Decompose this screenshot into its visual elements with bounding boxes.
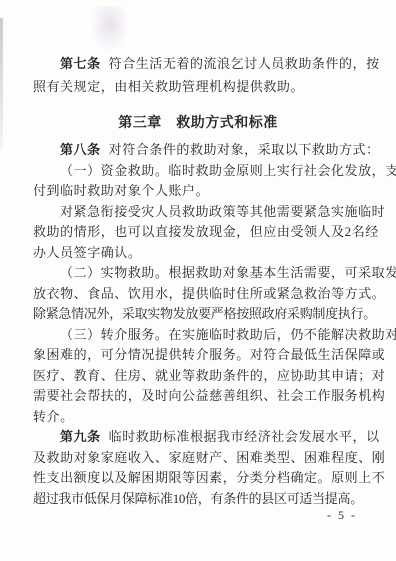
text-line: 办人员签字确认。 bbox=[33, 243, 363, 264]
line-text: 医疗、教育、住房、就业等救助条件的，应协助其申请；对 bbox=[33, 368, 385, 383]
line-text: 转介。 bbox=[33, 409, 74, 424]
article-number: 第八条 bbox=[60, 142, 101, 157]
line-text: 及救助对象家庭收入、家庭财产、困难类型、困难程度、刚 bbox=[33, 450, 385, 465]
text-line: 对紧急衔接受灾人员救助政策等其他需要紧急实施临时 bbox=[33, 202, 363, 223]
line-text: 超过我市低保月保障标准10倍，有条件的县区可适当提高。 bbox=[33, 491, 363, 506]
line-text: （一）资金救助。临时救助金原则上实行社会化发放，支 bbox=[60, 163, 396, 178]
text-line: （二）实物救助。根据救助对象基本生活需要，可采取发 bbox=[33, 263, 363, 284]
text-line: 及救助对象家庭收入、家庭财产、困难类型、困难程度、刚 bbox=[33, 448, 363, 469]
document-page: 第七条符合生活无着的流浪乞讨人员救助条件的，按 照有关规定，由相关救助管理机构提… bbox=[0, 0, 396, 561]
line-text: 象困难的，可分情况提供转介服务。对符合最低生活保障或 bbox=[33, 347, 385, 362]
line-text: 对符合条件的救助对象，采取以下救助方式： bbox=[109, 142, 380, 157]
line-text: 救助的情形，也可以直接发放现金，但应由受领人及2名经 bbox=[33, 224, 379, 239]
line-text: 付到临时救助对象个人账户。 bbox=[33, 183, 209, 198]
article-number: 第七条 bbox=[60, 56, 101, 71]
line-text: 照有关规定，由相关救助管理机构提供救助。 bbox=[33, 79, 304, 94]
document-body: 第八条对符合条件的救助对象，采取以下救助方式： （一）资金救助。临时救助金原则上… bbox=[33, 140, 363, 509]
text-line: 需要社会帮扶的，及时向公益慈善组织、社会工作服务机构 bbox=[33, 386, 363, 407]
text-line: 第七条符合生活无着的流浪乞讨人员救助条件的，按 bbox=[33, 52, 363, 75]
text-line: 除紧急情况外，采取实物发放要严格按照政府采购制度执行。 bbox=[33, 304, 363, 325]
text-line: 超过我市低保月保障标准10倍，有条件的县区可适当提高。 bbox=[33, 489, 363, 510]
line-text: （三）转介服务。在实施临时救助后，仍不能解决救助对 bbox=[60, 327, 396, 342]
text-line: 医疗、教育、住房、就业等救助条件的，应协助其申请；对 bbox=[33, 366, 363, 387]
text-line: 照有关规定，由相关救助管理机构提供救助。 bbox=[33, 75, 363, 98]
line-text: 对紧急衔接受灾人员救助政策等其他需要紧急实施临时 bbox=[60, 204, 385, 219]
text-line: 象困难的，可分情况提供转介服务。对符合最低生活保障或 bbox=[33, 345, 363, 366]
paragraph-article-7: 第七条符合生活无着的流浪乞讨人员救助条件的，按 照有关规定，由相关救助管理机构提… bbox=[33, 52, 363, 98]
line-text: 放衣物、食品、饮用水，提供临时住所或紧急救治等方式。 bbox=[33, 286, 385, 301]
chapter-heading: 第三章 救助方式和标准 bbox=[33, 112, 363, 132]
line-text: 性支出额度以及解困期限等因素，分类分档确定。原则上不 bbox=[33, 470, 385, 485]
line-text: （二）实物救助。根据救助对象基本生活需要，可采取发 bbox=[60, 265, 396, 280]
page-number: - 5 - bbox=[327, 508, 357, 523]
text-line: 第八条对符合条件的救助对象，采取以下救助方式： bbox=[33, 140, 363, 161]
text-line: 付到临时救助对象个人账户。 bbox=[33, 181, 363, 202]
scan-edge-artifact bbox=[0, 18, 3, 148]
line-text: 临时救助标准根据我市经济社会发展水平，以 bbox=[109, 429, 380, 444]
text-line: （三）转介服务。在实施临时救助后，仍不能解决救助对 bbox=[33, 325, 363, 346]
text-line: 性支出额度以及解困期限等因素，分类分档确定。原则上不 bbox=[33, 468, 363, 489]
article-number: 第九条 bbox=[60, 429, 101, 444]
text-line: 第九条临时救助标准根据我市经济社会发展水平，以 bbox=[33, 427, 363, 448]
text-line: 放衣物、食品、饮用水，提供临时住所或紧急救治等方式。 bbox=[33, 284, 363, 305]
line-text: 需要社会帮扶的，及时向公益慈善组织、社会工作服务机构 bbox=[33, 388, 385, 403]
line-text: 除紧急情况外，采取实物发放要严格按照政府采购制度执行。 bbox=[33, 306, 376, 321]
scan-smudge-artifact bbox=[90, 6, 130, 52]
text-line: 救助的情形，也可以直接发放现金，但应由受领人及2名经 bbox=[33, 222, 363, 243]
text-line: 转介。 bbox=[33, 407, 363, 428]
line-text: 符合生活无着的流浪乞讨人员救助条件的，按 bbox=[109, 56, 380, 71]
text-line: （一）资金救助。临时救助金原则上实行社会化发放，支 bbox=[33, 161, 363, 182]
line-text: 办人员签字确认。 bbox=[33, 245, 141, 260]
